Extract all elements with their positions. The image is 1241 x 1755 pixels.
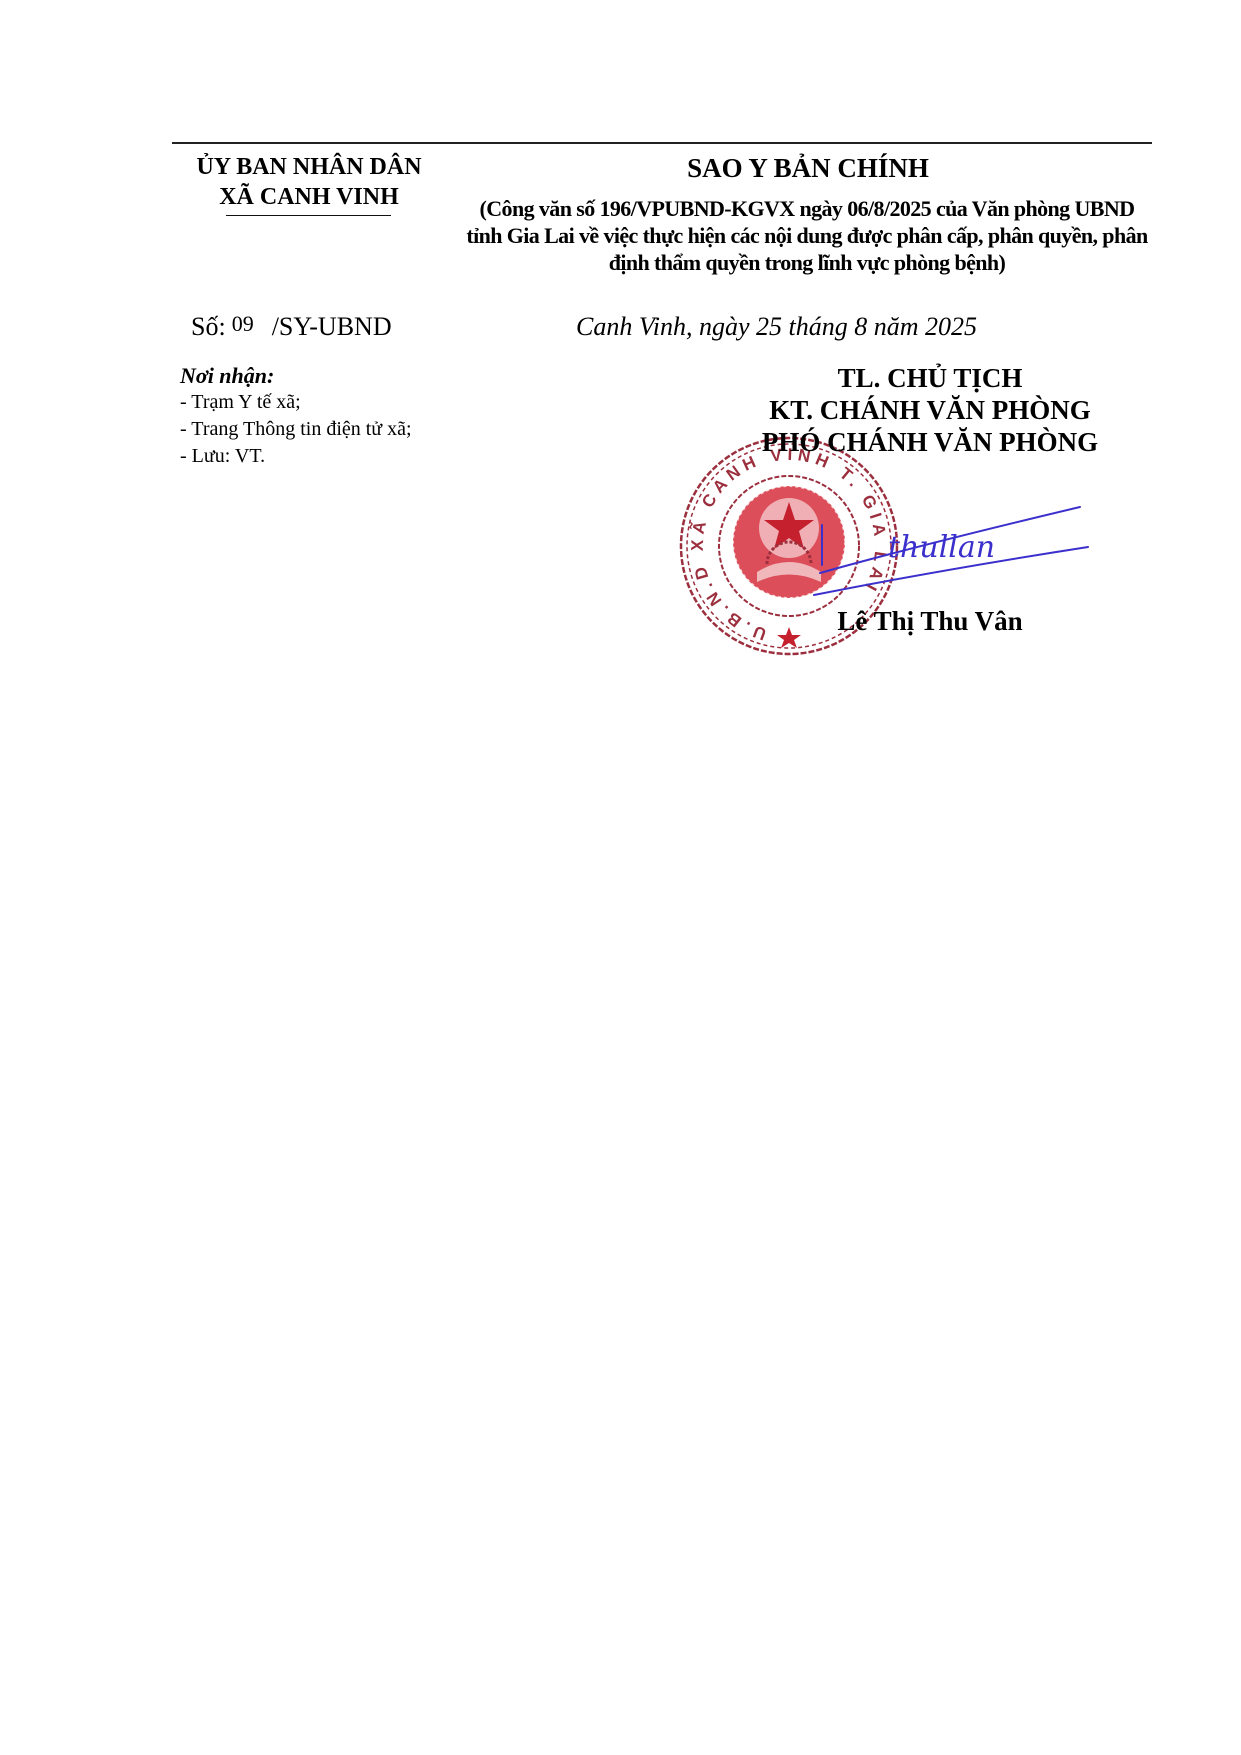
recipient-item: - Trạm Y tế xã; bbox=[180, 389, 560, 416]
document-number-value: 09 bbox=[232, 311, 254, 336]
document-number-prefix: Số: bbox=[191, 312, 226, 341]
signature-script: thullan bbox=[888, 530, 995, 565]
recipients: Nơi nhận: - Trạm Y tế xã; - Trang Thông … bbox=[180, 362, 560, 470]
handwritten-signature: thullan bbox=[800, 495, 1100, 615]
copy-title: SAO Y BẢN CHÍNH bbox=[600, 152, 1016, 184]
agency-line-2: XÃ CANH VINH bbox=[168, 182, 450, 212]
signature-title-1: TL. CHỦ TỊCH bbox=[700, 362, 1160, 394]
signer-name: Lê Thị Thu Vân bbox=[700, 605, 1160, 637]
signature-block: TL. CHỦ TỊCH KT. CHÁNH VĂN PHÒNG PHÓ CHÁ… bbox=[700, 362, 1160, 458]
recipient-item: - Lưu: VT. bbox=[180, 443, 560, 470]
issuing-agency: ỦY BAN NHÂN DÂN XÃ CANH VINH bbox=[168, 152, 450, 212]
top-rule bbox=[172, 142, 1152, 144]
agency-line-1: ỦY BAN NHÂN DÂN bbox=[168, 152, 450, 182]
copy-subtitle: (Công văn số 196/VPUBND-KGVX ngày 06/8/2… bbox=[462, 195, 1152, 276]
signature-title-3: PHÓ CHÁNH VĂN PHÒNG bbox=[700, 426, 1160, 458]
recipient-item: - Trang Thông tin điện tử xã; bbox=[180, 416, 560, 443]
signature-title-2: KT. CHÁNH VĂN PHÒNG bbox=[700, 394, 1160, 426]
agency-underline bbox=[226, 215, 391, 216]
date-line: Canh Vinh, ngày 25 tháng 8 năm 2025 bbox=[576, 312, 977, 342]
document-number-suffix: /SY-UBND bbox=[272, 312, 392, 341]
recipients-label: Nơi nhận: bbox=[180, 362, 560, 389]
document-number: Số:09/SY-UBND bbox=[191, 312, 392, 343]
